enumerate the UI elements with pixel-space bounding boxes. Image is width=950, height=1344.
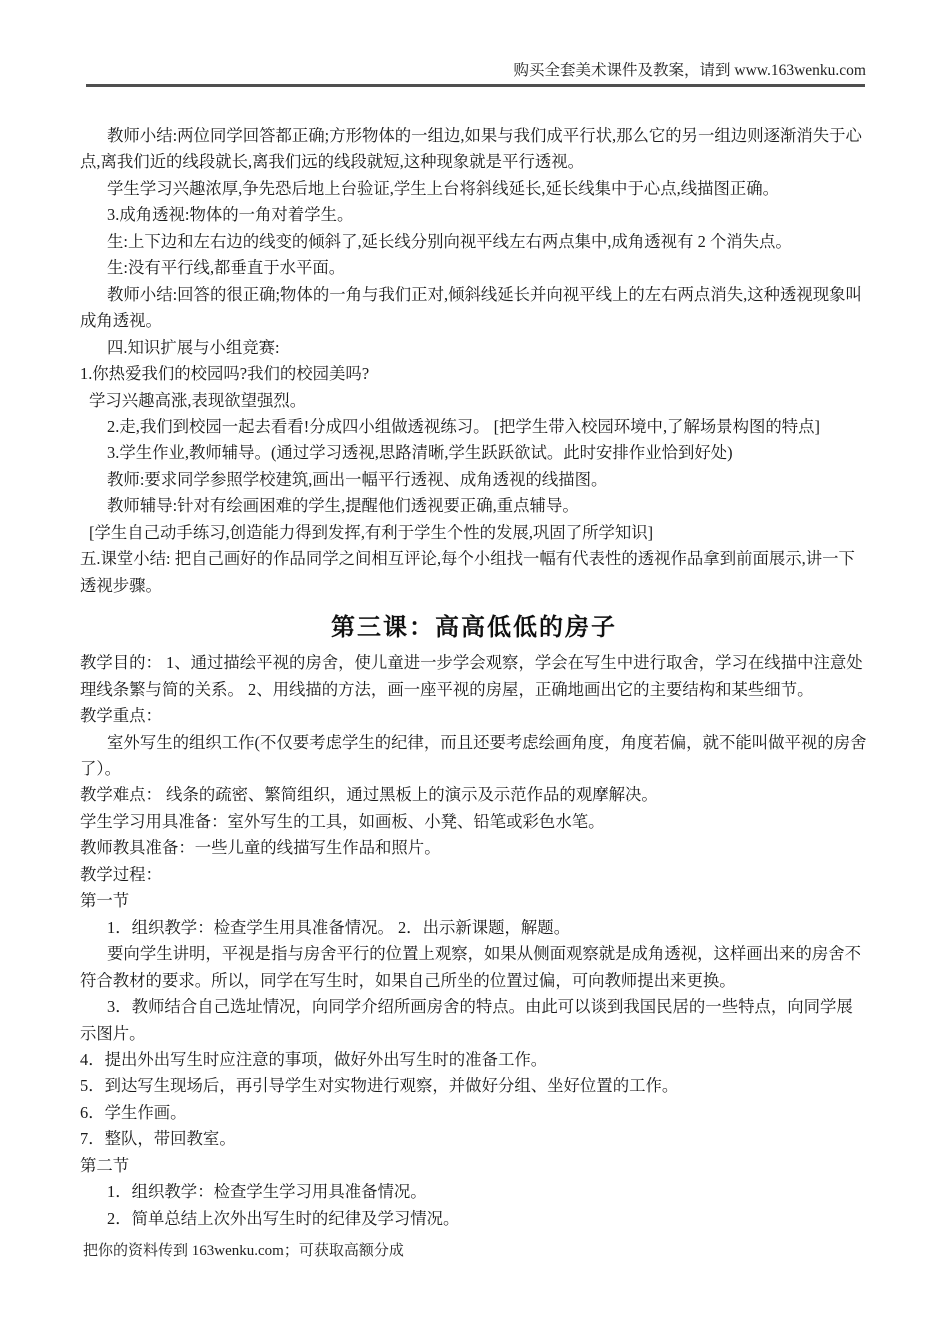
paragraph: 教学过程： xyxy=(80,862,868,888)
paragraph: 1．组织教学：检查学生用具准备情况。 2．出示新课题，解题。 xyxy=(80,915,868,941)
document-page: 购买全套美术课件及教案，请到 www.163wenku.com 教师小结:两位同… xyxy=(0,0,950,1344)
paragraph: 1.你热爱我们的校园吗?我们的校园美吗? xyxy=(80,361,868,387)
paragraph: 教师教具准备：一些儿童的线描写生作品和照片。 xyxy=(80,835,868,861)
paragraph: 5．到达写生现场后，再引导学生对实物进行观察，并做好分组、坐好位置的工作。 xyxy=(80,1073,868,1099)
paragraph: 6．学生作画。 xyxy=(80,1100,868,1126)
paragraph: 四.知识扩展与小组竞赛: xyxy=(80,335,868,361)
paragraph: 7．整队，带回教室。 xyxy=(80,1126,868,1152)
paragraph: 教学目的： 1、通过描绘平视的房舍，使儿童进一步学会观察，学会在写生中进行取舍，… xyxy=(80,650,868,703)
paragraph: 第一节 xyxy=(80,888,868,914)
paragraph: 教学难点： 线条的疏密、繁简组织，通过黑板上的演示及示范作品的观摩解决。 xyxy=(80,782,868,808)
paragraph: 教师小结:两位同学回答都正确;方形物体的一组边,如果与我们成平行状,那么它的另一… xyxy=(80,123,868,176)
paragraph: 学生学习用具准备：室外写生的工具，如画板、小凳、铅笔或彩色水笔。 xyxy=(80,809,868,835)
paragraph: 教师:要求同学参照学校建筑,画出一幅平行透视、成角透视的线描图。 xyxy=(80,467,868,493)
lesson-title: 第三课：高高低低的房子 xyxy=(80,611,868,645)
paragraph: 室外写生的组织工作(不仅要考虑学生的纪律，而且还要考虑绘画角度，角度若偏，就不能… xyxy=(80,730,868,783)
paragraph: 2.走,我们到校园一起去看看!分成四小组做透视练习。 [把学生带入校园环境中,了… xyxy=(80,414,868,440)
paragraph: 教师辅导:针对有绘画困难的学生,提醒他们透视要正确,重点辅导。 xyxy=(80,493,868,519)
paragraph: 学习兴趣高涨,表现欲望强烈。 xyxy=(80,388,868,414)
paragraph: 3.学生作业,教师辅导。(通过学习透视,思路清晰,学生跃跃欲试。此时安排作业恰到… xyxy=(80,440,868,466)
paragraph: 生:上下边和左右边的线变的倾斜了,延长线分别向视平线左右两点集中,成角透视有 2… xyxy=(80,229,868,255)
header-divider xyxy=(86,84,865,87)
paragraph: 第二节 xyxy=(80,1153,868,1179)
paragraph: 生:没有平行线,都垂直于水平面。 xyxy=(80,255,868,281)
paragraph: [学生自己动手练习,创造能力得到发挥,有利于学生个性的发展,巩固了所学知识] xyxy=(80,520,868,546)
footer-promo-text: 把你的资料传到 163wenku.com；可获取高额分成 xyxy=(83,1242,404,1260)
paragraph: 3．教师结合自己选址情况，向同学介绍所画房舍的特点。由此可以谈到我国民居的一些特… xyxy=(80,994,868,1047)
paragraph: 学生学习兴趣浓厚,争先恐后地上台验证,学生上台将斜线延长,延长线集中于心点,线描… xyxy=(80,176,868,202)
paragraph: 1．组织教学：检查学生学习用具准备情况。 xyxy=(80,1179,868,1205)
header-promo-text: 购买全套美术课件及教案，请到 www.163wenku.com xyxy=(514,62,866,80)
paragraph: 3.成角透视:物体的一角对着学生。 xyxy=(80,202,868,228)
paragraph: 4．提出外出写生时应注意的事项，做好外出写生时的准备工作。 xyxy=(80,1047,868,1073)
paragraph: 五.课堂小结: 把自己画好的作品同学之间相互评论,每个小组找一幅有代表性的透视作… xyxy=(80,546,868,599)
paragraph: 教师小结:回答的很正确;物体的一角与我们正对,倾斜线延长并向视平线上的左右两点消… xyxy=(80,282,868,335)
paragraph: 2．简单总结上次外出写生时的纪律及学习情况。 xyxy=(80,1206,868,1232)
paragraph: 教学重点： xyxy=(80,703,868,729)
document-body: 教师小结:两位同学回答都正确;方形物体的一组边,如果与我们成平行状,那么它的另一… xyxy=(80,123,868,1232)
paragraph: 要向学生讲明，平视是指与房舍平行的位置上观察，如果从侧面观察就是成角透视，这样画… xyxy=(80,941,868,994)
